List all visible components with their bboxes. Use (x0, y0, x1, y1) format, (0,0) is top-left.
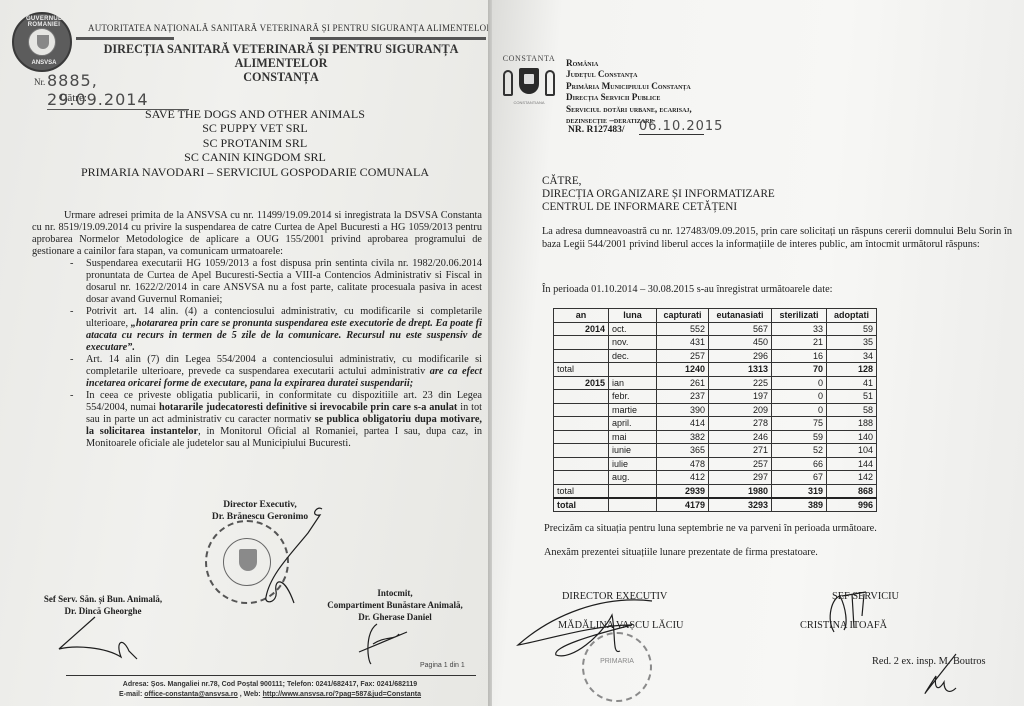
cell-sterilized: 75 (772, 417, 827, 431)
cell-year: 2014 (554, 322, 609, 336)
authority-name: AUTORITATEA NAȚIONALĂ SANITARĂ VETERINAR… (88, 23, 490, 33)
cell-adopted: 35 (827, 336, 877, 350)
grand-total-row: total41793293389996 (554, 498, 877, 512)
crest-label: CONSTANTIANA (495, 100, 563, 105)
web-link[interactable]: http://www.ansvsa.ro/?pag=587&jud=Consta… (263, 691, 421, 698)
cell-captured: 2939 (657, 484, 709, 498)
left-letter-page: GUVERNUL ROMANIEI ANSVSA AUTORITATEA NAȚ… (0, 0, 490, 706)
table-row: 2014oct.5525673359 (554, 322, 877, 336)
cell-month: mai (609, 430, 657, 444)
cell-sterilized: 0 (772, 376, 827, 390)
annex-note: Anexăm prezentei situațiile lunare preze… (544, 547, 818, 558)
institution-header: România Județul Constanța Primăria Munic… (566, 58, 692, 126)
cell-euthanized: 197 (709, 390, 772, 404)
cell-captured: 552 (657, 322, 709, 336)
cell-adopted: 128 (827, 363, 877, 377)
cell-adopted: 51 (827, 390, 877, 404)
intro-paragraph: Urmare adresei primita de la ANSVSA cu n… (32, 210, 482, 258)
ansvsa-seal-logo: GUVERNUL ROMANIEI ANSVSA (12, 12, 72, 72)
recipient: PRIMARIA NAVODARI – SERVICIUL GOSPODARIE… (60, 165, 450, 179)
cell-year: total (554, 498, 609, 512)
column-header-sterilized: sterilizati (772, 309, 827, 323)
table-body: 2014oct.5525673359nov.4314502135dec.2572… (554, 322, 877, 511)
cell-captured: 478 (657, 457, 709, 471)
shield-icon (519, 68, 539, 94)
cell-adopted: 188 (827, 417, 877, 431)
email-link[interactable]: office-constanta@ansvsa.ro (144, 691, 238, 698)
cell-month: oct. (609, 322, 657, 336)
cell-euthanized: 3293 (709, 498, 772, 512)
table-header-row: an luna capturati eutanasiati sterilizat… (554, 309, 877, 323)
total-row: total29391980319868 (554, 484, 877, 498)
cell-captured: 382 (657, 430, 709, 444)
cell-year (554, 471, 609, 485)
cell-sterilized: 21 (772, 336, 827, 350)
cell-euthanized: 257 (709, 457, 772, 471)
cell-adopted: 142 (827, 471, 877, 485)
cell-euthanized: 297 (709, 471, 772, 485)
cell-year (554, 457, 609, 471)
quoted-emphasis: „hotararea prin care se pronunta suspend… (86, 318, 482, 353)
registration-number: 8885, 29.09.2014 (47, 71, 189, 110)
cell-euthanized: 296 (709, 349, 772, 363)
cell-sterilized: 59 (772, 430, 827, 444)
header-rule (76, 37, 174, 40)
page-number: Pagina 1 din 1 (420, 662, 465, 669)
column-header-euthanized: eutanasiati (709, 309, 772, 323)
letter-footer: Adresa: Șos. Mangaliei nr.78, Cod Poștal… (60, 680, 480, 700)
table-row: mai38224659140 (554, 430, 877, 444)
table-row: aug.41229767142 (554, 471, 877, 485)
constanta-crest-logo: CONSTANTA CONSTANTIANA (495, 54, 563, 112)
cell-sterilized: 33 (772, 322, 827, 336)
cell-euthanized: 209 (709, 403, 772, 417)
response-paragraph: La adresa dumneavoastră cu nr. 127483/09… (542, 226, 1012, 251)
cell-year: total (554, 484, 609, 498)
cell-month: april. (609, 417, 657, 431)
cell-captured: 390 (657, 403, 709, 417)
point-item: Suspendarea executarii HG 1059/2013 a fo… (86, 258, 482, 306)
cell-adopted: 41 (827, 376, 877, 390)
cell-captured: 261 (657, 376, 709, 390)
recipient: SC CANIN KINGDOM SRL (60, 150, 450, 164)
cell-captured: 431 (657, 336, 709, 350)
table-row: nov.4314502135 (554, 336, 877, 350)
coat-of-arms-icon (28, 28, 56, 56)
header-rule (310, 37, 486, 40)
cell-month (609, 484, 657, 498)
cell-month (609, 363, 657, 377)
prepared-by-signature (355, 622, 415, 667)
cell-sterilized: 319 (772, 484, 827, 498)
table-row: april.41427875188 (554, 417, 877, 431)
cell-sterilized: 52 (772, 444, 827, 458)
cell-euthanized: 246 (709, 430, 772, 444)
table-row: martie390209058 (554, 403, 877, 417)
cell-captured: 1240 (657, 363, 709, 377)
cell-month: martie (609, 403, 657, 417)
cell-month: aug. (609, 471, 657, 485)
column-header-month: luna (609, 309, 657, 323)
column-header-adopted: adoptati (827, 309, 877, 323)
cell-month: iunie (609, 444, 657, 458)
recipients-list: SAVE THE DOGS AND OTHER ANIMALS SC PUPPY… (60, 107, 450, 179)
cell-euthanized: 1313 (709, 363, 772, 377)
cell-adopted: 104 (827, 444, 877, 458)
column-header-year: an (554, 309, 609, 323)
cell-euthanized: 567 (709, 322, 772, 336)
cell-sterilized: 16 (772, 349, 827, 363)
registration-label: Nr. (34, 77, 45, 87)
prepared-by-block: Intocmit, Compartiment Bunăstare Animală… (310, 587, 480, 623)
cell-euthanized: 271 (709, 444, 772, 458)
footer-address: Adresa: Șos. Mangaliei nr.78, Cod Poștal… (60, 680, 480, 690)
cell-year: total (554, 363, 609, 377)
animal-statistics-table: an luna capturati eutanasiati sterilizat… (553, 308, 877, 512)
crest-figure-icon (503, 70, 513, 96)
points-list: Suspendarea executarii HG 1059/2013 a fo… (86, 258, 482, 450)
cell-year (554, 444, 609, 458)
table-row: iulie47825766144 (554, 457, 877, 471)
directorate-name: DIRECȚIA SANITARĂ VETERINARĂ ȘI PENTRU S… (76, 42, 486, 70)
point-item: In ceea ce priveste obligatia publicarii… (86, 390, 482, 450)
head-of-service-signature (55, 615, 145, 665)
cell-month: dec. (609, 349, 657, 363)
total-row: total1240131370128 (554, 363, 877, 377)
table-row: febr.237197051 (554, 390, 877, 404)
cell-adopted: 58 (827, 403, 877, 417)
cell-euthanized: 1980 (709, 484, 772, 498)
recipient: SC PUPPY VET SRL (60, 121, 450, 135)
cell-euthanized: 278 (709, 417, 772, 431)
cell-euthanized: 450 (709, 336, 772, 350)
table-row: 2015ian261225041 (554, 376, 877, 390)
registration-label: NR. R127483/ (568, 125, 624, 135)
cell-captured: 257 (657, 349, 709, 363)
september-note: Precizăm ca situația pentru luna septemb… (544, 523, 877, 534)
addressee-block: CĂTRE, DIRECȚIA ORGANIZARE ȘI INFORMATIZ… (542, 175, 775, 215)
cell-year (554, 390, 609, 404)
footer-rule (66, 675, 476, 676)
cell-adopted: 996 (827, 498, 877, 512)
cell-captured: 412 (657, 471, 709, 485)
crest-figure-icon (545, 70, 555, 96)
cell-euthanized: 225 (709, 376, 772, 390)
cell-sterilized: 66 (772, 457, 827, 471)
seal-top-text: GUVERNUL ROMANIEI (18, 16, 70, 28)
cell-year (554, 349, 609, 363)
cell-adopted: 59 (827, 322, 877, 336)
cell-year (554, 403, 609, 417)
period-statement: În perioada 01.10.2014 – 30.08.2015 s-au… (542, 284, 833, 295)
point-item: Potrivit art. 14 alin. (4) a contenciosu… (86, 306, 482, 354)
cell-adopted: 34 (827, 349, 877, 363)
head-of-service-signature (822, 588, 882, 638)
cell-month: nov. (609, 336, 657, 350)
cell-adopted: 144 (827, 457, 877, 471)
seal-bottom-text: ANSVSA (18, 60, 70, 66)
cell-year (554, 417, 609, 431)
recipient: SAVE THE DOGS AND OTHER ANIMALS (60, 107, 450, 121)
director-signature (512, 585, 662, 665)
cell-month: febr. (609, 390, 657, 404)
cell-captured: 237 (657, 390, 709, 404)
cell-captured: 414 (657, 417, 709, 431)
table-row: iunie36527152104 (554, 444, 877, 458)
head-of-service-block: Sef Serv. Săn. și Bun. Animală, Dr. Dinc… (28, 593, 178, 617)
cell-captured: 4179 (657, 498, 709, 512)
column-header-captured: capturati (657, 309, 709, 323)
table-row: dec.2572961634 (554, 349, 877, 363)
footer-contact: E-mail: office-constanta@ansvsa.ro , Web… (60, 690, 480, 700)
cell-month (609, 498, 657, 512)
to-label: Către: (60, 92, 87, 104)
inspector-signature (912, 652, 962, 702)
cell-adopted: 140 (827, 430, 877, 444)
cell-year (554, 336, 609, 350)
cell-year: 2015 (554, 376, 609, 390)
cell-sterilized: 389 (772, 498, 827, 512)
cell-captured: 365 (657, 444, 709, 458)
cell-month: iulie (609, 457, 657, 471)
cell-sterilized: 0 (772, 390, 827, 404)
cell-year (554, 430, 609, 444)
cell-sterilized: 0 (772, 403, 827, 417)
letter-body: Urmare adresei primita de la ANSVSA cu n… (32, 210, 482, 450)
point-item: Art. 14 alin (7) din Legea 554/2004 a co… (86, 354, 482, 390)
cell-adopted: 868 (827, 484, 877, 498)
cell-sterilized: 70 (772, 363, 827, 377)
recipient: SC PROTANIM SRL (60, 136, 450, 150)
registration-date: 06.10.2015 (639, 119, 704, 135)
cell-month: ian (609, 376, 657, 390)
cell-sterilized: 67 (772, 471, 827, 485)
crest-arc-text: CONSTANTA (495, 54, 563, 63)
